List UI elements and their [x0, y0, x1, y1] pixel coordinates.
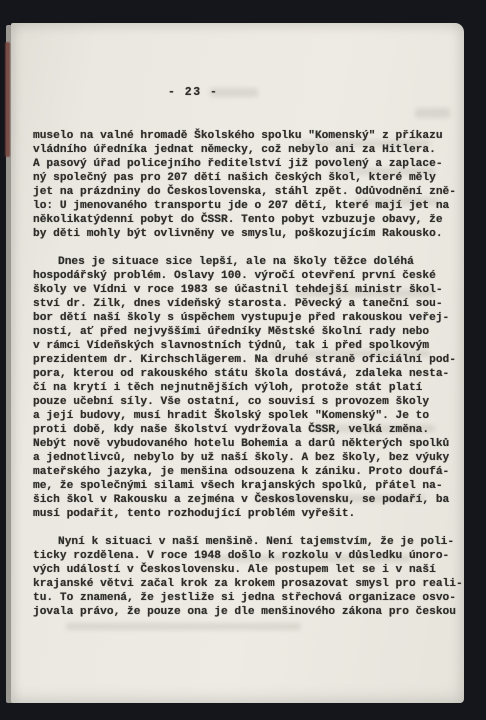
- paragraph: muselo na valné hromadě Školského spolku…: [33, 129, 461, 241]
- paragraph: Nyní k situaci v naší menšině. Není taje…: [33, 535, 461, 619]
- binding-edge: [5, 42, 10, 157]
- bleed-through-smudge: [415, 108, 450, 118]
- scan-background: - 23 - muselo na valné hromadě Školského…: [0, 0, 486, 720]
- book-page: - 23 - muselo na valné hromadě Školského…: [11, 23, 464, 703]
- bleed-through-smudge: [210, 88, 258, 97]
- paragraph: Dnes je situace sice lepší, ale na školy…: [33, 255, 461, 521]
- body-text: muselo na valné hromadě Školského spolku…: [33, 129, 461, 633]
